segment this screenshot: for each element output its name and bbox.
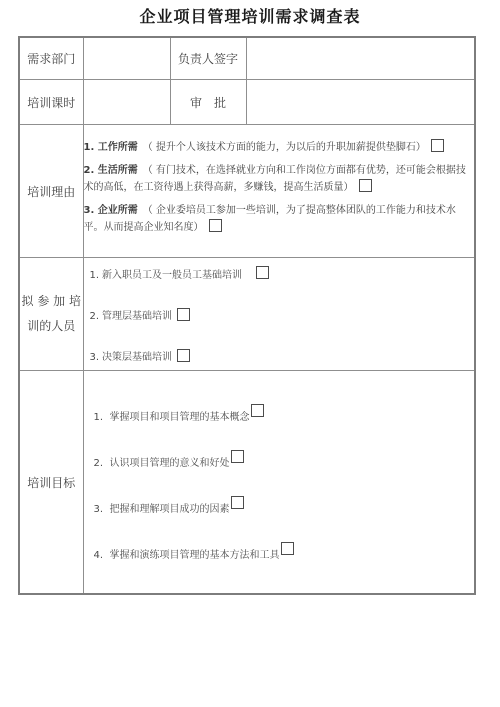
table-row-objectives: 培训目标 1.掌握项目和项目管理的基本概念 2.认识项目管理的意义和好处 3.把…	[19, 371, 475, 595]
reason-item: 3. 企业所需（ 企业委培员工参加一些培训，为了提高整体团队的工作能力和技术水平…	[84, 203, 475, 236]
list-item: 2.认识项目管理的意义和好处	[94, 450, 475, 469]
participants-list: 1.新入职员工及一般员工基础培训 2.管理层基础培训 3.决策层基础培训	[84, 258, 475, 370]
training-reasons-label: 培训理由	[19, 125, 83, 258]
objectives-list: 1.掌握项目和项目管理的基本概念 2.认识项目管理的意义和好处 3.把握和理解项…	[84, 371, 475, 593]
basic-concepts-checkbox[interactable]	[251, 404, 264, 417]
reason-item-text: （ 企业委培员工参加一些培训，为了提高整体团队的工作能力和技术水平。从而提高企业…	[84, 205, 456, 233]
training-hours-label: 培训课时	[19, 80, 83, 125]
item-text: 把握和理解项目成功的因素	[110, 504, 230, 515]
reason-item: 2. 生活所需（ 有门技术，在选择就业方向和工作岗位方面都有优势，还可能会根据技…	[84, 163, 475, 196]
new-staff-training-checkbox[interactable]	[256, 266, 269, 279]
signature-label: 负责人签字	[170, 37, 246, 80]
reason-item-text: （ 有门技术，在选择就业方向和工作岗位方面都有优势，还可能会根据技术的高低，在工…	[84, 165, 466, 193]
reason-item-lead: 3. 企业所需	[84, 205, 138, 216]
work-need-checkbox[interactable]	[431, 139, 444, 152]
item-number: 3.	[94, 504, 110, 515]
item-text: 掌握项目和项目管理的基本概念	[110, 412, 250, 423]
item-number: 2.	[90, 311, 100, 322]
table-row-training-reasons: 培训理由 1. 工作所需（ 提升个人该技术方面的能力，为以后的升职加薪提供垫脚石…	[19, 125, 475, 258]
objectives-label: 培训目标	[19, 371, 83, 595]
objectives-content: 1.掌握项目和项目管理的基本概念 2.认识项目管理的意义和好处 3.把握和理解项…	[83, 371, 475, 595]
table-row-demand-dept: 需求部门 负责人签字	[19, 37, 475, 80]
approval-value-cell[interactable]	[246, 80, 475, 125]
item-text: 新入职员工及一般员工基础培训	[102, 270, 242, 281]
reason-item: 1. 工作所需（ 提升个人该技术方面的能力，为以后的升职加薪提供垫脚石）	[84, 139, 475, 156]
page-title: 企业项目管理培训需求调查表	[0, 0, 500, 27]
enterprise-need-checkbox[interactable]	[209, 219, 222, 232]
approval-label: 审 批	[170, 80, 246, 125]
list-item: 3.决策层基础培训	[90, 348, 475, 363]
item-text: 管理层基础培训	[102, 311, 172, 322]
list-item: 3.把握和理解项目成功的因素	[94, 496, 475, 515]
signature-value-cell[interactable]	[246, 37, 475, 80]
table-row-training-hours: 培训课时 审 批	[19, 80, 475, 125]
list-item: 2.管理层基础培训	[90, 307, 475, 322]
list-item: 1.新入职员工及一般员工基础培训	[90, 266, 475, 281]
survey-form-page: 企业项目管理培训需求调查表 需求部门 负责人签字 培训课时 审 批 培训理由 1…	[0, 0, 500, 707]
reason-item-text: （ 提升个人该技术方面的能力，为以后的升职加薪提供垫脚石）	[143, 142, 426, 153]
list-item: 4.掌握和演练项目管理的基本方法和工具	[94, 542, 475, 561]
methods-tools-checkbox[interactable]	[281, 542, 294, 555]
item-number: 4.	[94, 550, 110, 561]
life-need-checkbox[interactable]	[359, 179, 372, 192]
item-number: 2.	[94, 458, 110, 469]
participants-content: 1.新入职员工及一般员工基础培训 2.管理层基础培训 3.决策层基础培训	[83, 258, 475, 371]
item-text: 掌握和演练项目管理的基本方法和工具	[110, 550, 280, 561]
participants-label: 拟 参 加 培 训的人员	[19, 258, 83, 371]
item-number: 1.	[90, 270, 100, 281]
management-training-checkbox[interactable]	[177, 308, 190, 321]
success-factors-checkbox[interactable]	[231, 496, 244, 509]
item-number: 1.	[94, 412, 110, 423]
reason-item-lead: 2. 生活所需	[84, 165, 138, 176]
training-hours-value-cell[interactable]	[83, 80, 170, 125]
reason-item-lead: 1. 工作所需	[84, 142, 138, 153]
survey-form-table: 需求部门 负责人签字 培训课时 审 批 培训理由 1. 工作所需（ 提升个人该技…	[18, 36, 476, 595]
item-text: 决策层基础培训	[102, 352, 172, 363]
significance-benefits-checkbox[interactable]	[231, 450, 244, 463]
table-row-participants: 拟 参 加 培 训的人员 1.新入职员工及一般员工基础培训 2.管理层基础培训 …	[19, 258, 475, 371]
training-reasons-content: 1. 工作所需（ 提升个人该技术方面的能力，为以后的升职加薪提供垫脚石） 2. …	[83, 125, 475, 258]
decision-level-training-checkbox[interactable]	[177, 349, 190, 362]
demand-dept-value-cell[interactable]	[83, 37, 170, 80]
item-text: 认识项目管理的意义和好处	[110, 458, 230, 469]
demand-dept-label: 需求部门	[19, 37, 83, 80]
item-number: 3.	[90, 352, 100, 363]
list-item: 1.掌握项目和项目管理的基本概念	[94, 404, 475, 423]
